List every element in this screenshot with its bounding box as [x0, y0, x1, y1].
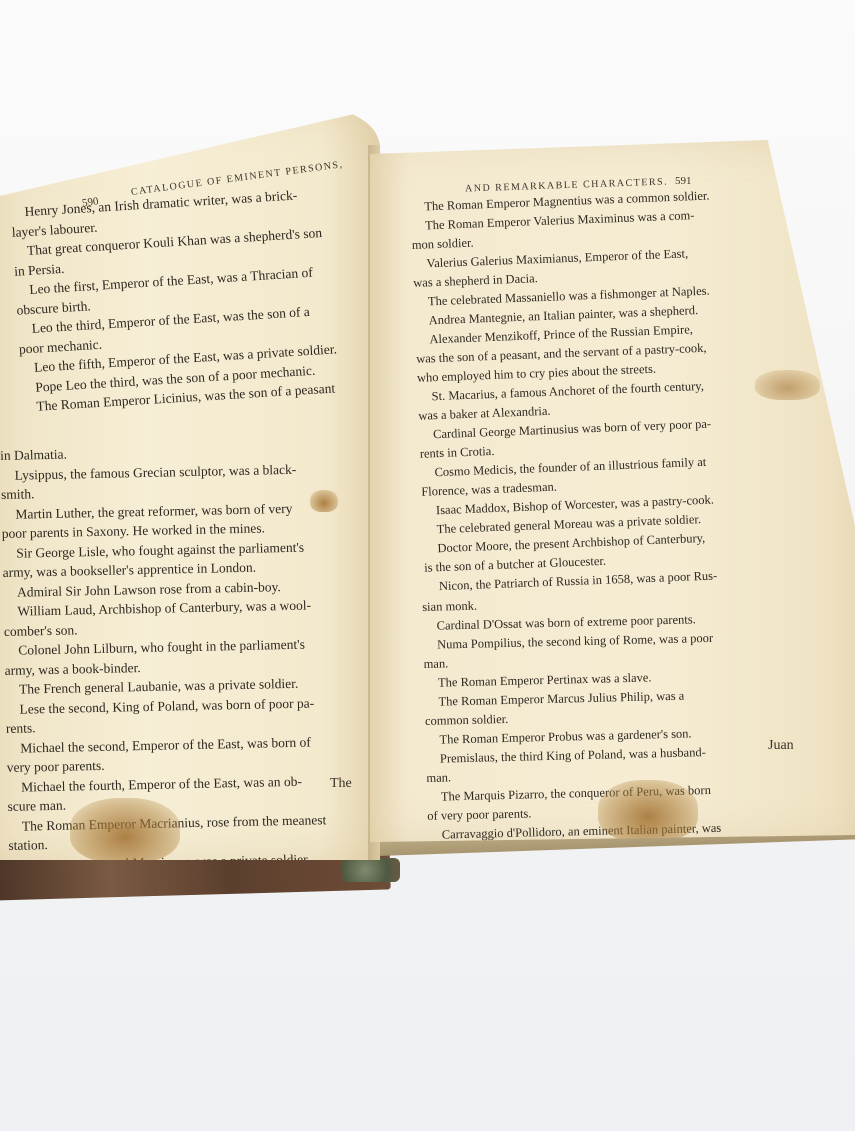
right-page-number: 591 — [675, 175, 692, 187]
spine-binding — [342, 858, 400, 882]
water-stain — [755, 370, 820, 400]
right-page-text: The Roman Emperor Magnentius was a commo… — [410, 187, 724, 597]
right-catchword: Juan — [768, 738, 794, 754]
left-catchword: The — [330, 776, 352, 792]
right-page: AND REMARKABLE CHARACTERS. 591 The Roman… — [370, 140, 855, 842]
left-page-text-lower: in Dalmatia. Lysippus, the famous Grecia… — [0, 439, 328, 860]
open-book: 590 CATALOGUE OF EMINENT PERSONS, Henry … — [0, 0, 855, 1131]
left-page-text: Henry Jones, an Irish dramatic writer, w… — [10, 184, 340, 417]
water-stain — [310, 490, 338, 512]
left-page: 590 CATALOGUE OF EMINENT PERSONS, Henry … — [0, 108, 380, 860]
water-stain — [70, 798, 180, 860]
water-stain — [598, 780, 698, 842]
